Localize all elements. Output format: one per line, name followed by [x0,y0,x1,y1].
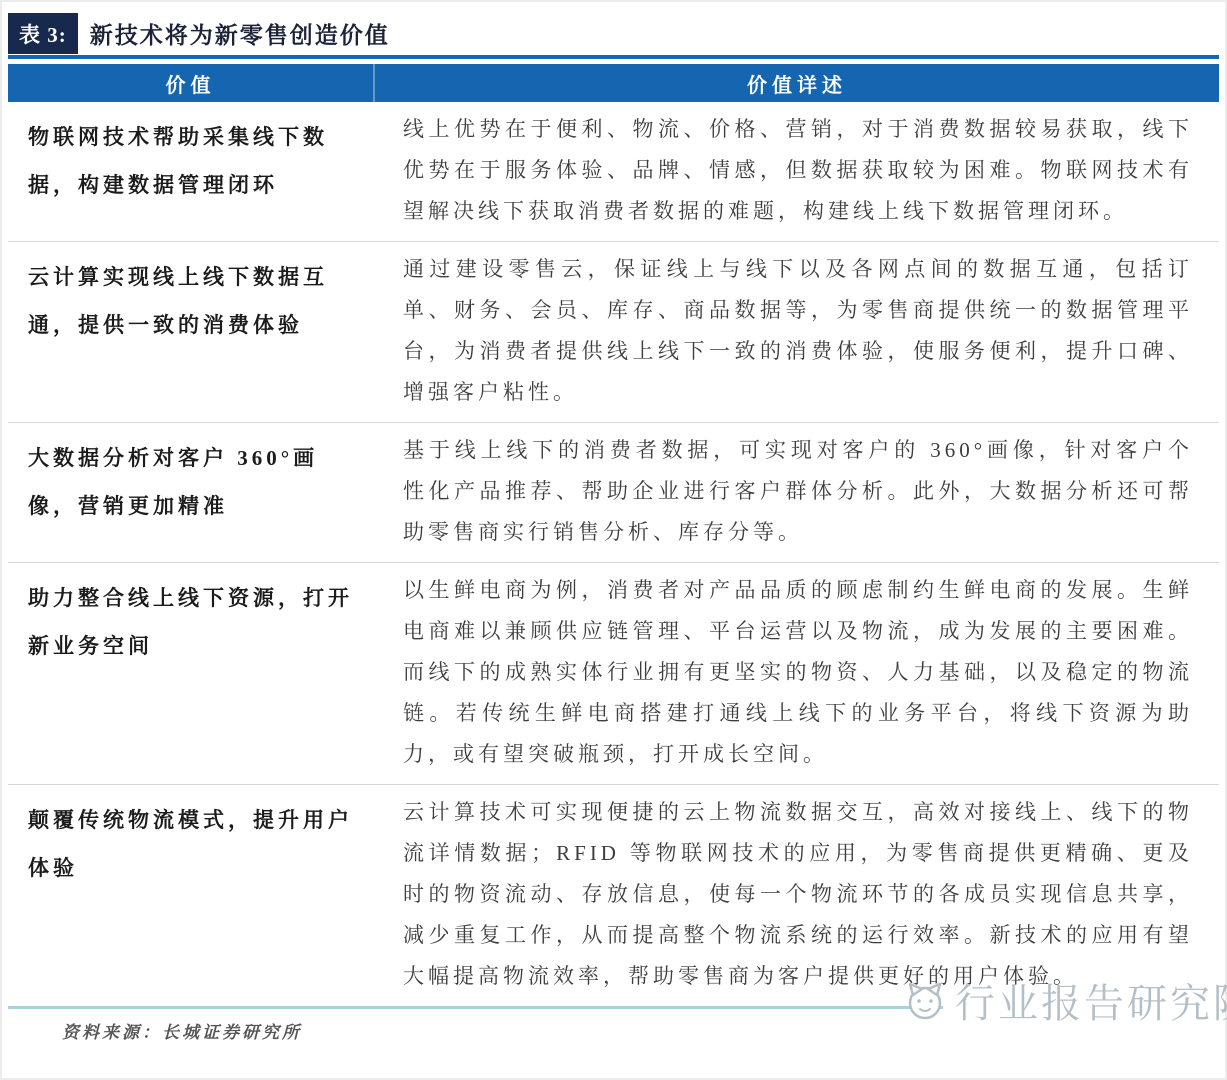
value-cell: 物联网技术帮助采集线下数据，构建数据管理闭环 [8,109,375,232]
source-note: 资料来源：长城证券研究所 [62,1018,302,1043]
cat-logo-icon [903,979,947,1023]
value-cell: 云计算实现线上线下数据互通，提供一致的消费体验 [8,249,375,413]
table-row: 物联网技术帮助采集线下数据，构建数据管理闭环 线上优势在于便利、物流、价格、营销… [8,102,1219,242]
table-caption: 表 3: 新技术将为新零售创造价值 [8,13,1219,54]
value-cell: 颠覆传统物流模式，提升用户体验 [8,792,375,997]
report-table-page: 表 3: 新技术将为新零售创造价值 价值 价值详述 物联网技术帮助采集线下数据，… [0,0,1227,1080]
detail-cell: 通过建设零售云，保证线上与线下以及各网点间的数据互通，包括订单、财务、会员、库存… [375,249,1219,413]
column-header-value: 价值 [8,64,375,102]
table-row: 助力整合线上线下资源，打开新业务空间 以生鲜电商为例，消费者对产品品质的顾虑制约… [8,563,1219,785]
table-row: 大数据分析对客户 360°画像，营销更加精准 基于线上线下的消费者数据，可实现对… [8,423,1219,563]
column-header-detail: 价值详述 [375,64,1219,102]
detail-cell: 基于线上线下的消费者数据，可实现对客户的 360°画像，针对客户个性化产品推荐、… [375,430,1219,553]
watermark: 行业报告研究院 [903,972,1227,1029]
detail-cell: 云计算技术可实现便捷的云上物流数据交互，高效对接线上、线下的物流详情数据；RFI… [375,792,1219,997]
title-underline [8,55,1219,59]
table-row: 云计算实现线上线下数据互通，提供一致的消费体验 通过建设零售云，保证线上与线下以… [8,242,1219,423]
detail-cell: 以生鲜电商为例，消费者对产品品质的顾虑制约生鲜电商的发展。生鲜电商难以兼顾供应链… [375,570,1219,775]
value-cell: 助力整合线上线下资源，打开新业务空间 [8,570,375,775]
value-cell: 大数据分析对客户 360°画像，营销更加精准 [8,430,375,553]
table-number-label: 表 3: [8,13,78,54]
value-table: 价值 价值详述 物联网技术帮助采集线下数据，构建数据管理闭环 线上优势在于便利、… [8,64,1219,1006]
table-title: 新技术将为新零售创造价值 [78,13,390,54]
detail-cell: 线上优势在于便利、物流、价格、营销，对于消费数据较易获取，线下优势在于服务体验、… [375,109,1219,232]
table-header-row: 价值 价值详述 [8,64,1219,102]
watermark-text: 行业报告研究院 [955,972,1227,1029]
table-bottom-border [8,1006,943,1009]
